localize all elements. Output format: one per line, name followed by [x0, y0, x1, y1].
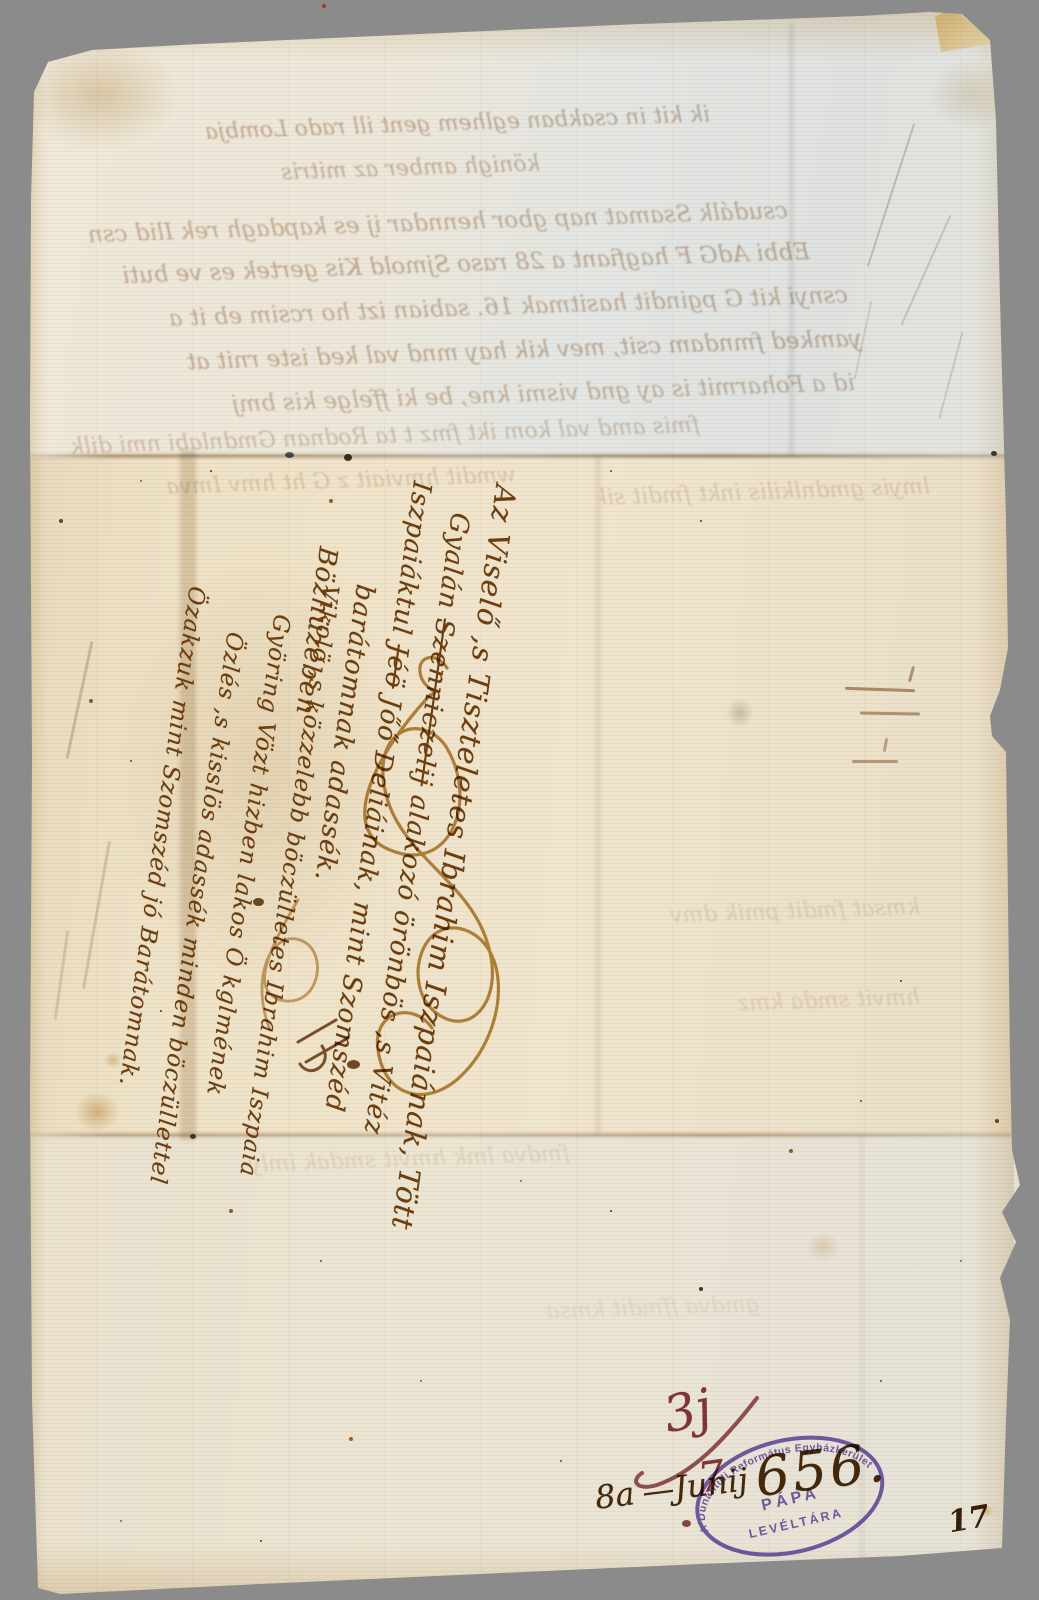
mat-speck [322, 4, 326, 8]
paper-texture [0, 0, 1039, 1600]
archival-photo: { "document": { "kind": "17th-century le… [0, 0, 1039, 1600]
paper-specks [0, 0, 2, 2]
letter-verso-page: ik kit in csakban eglhem gent ill rado L… [0, 0, 1039, 1600]
